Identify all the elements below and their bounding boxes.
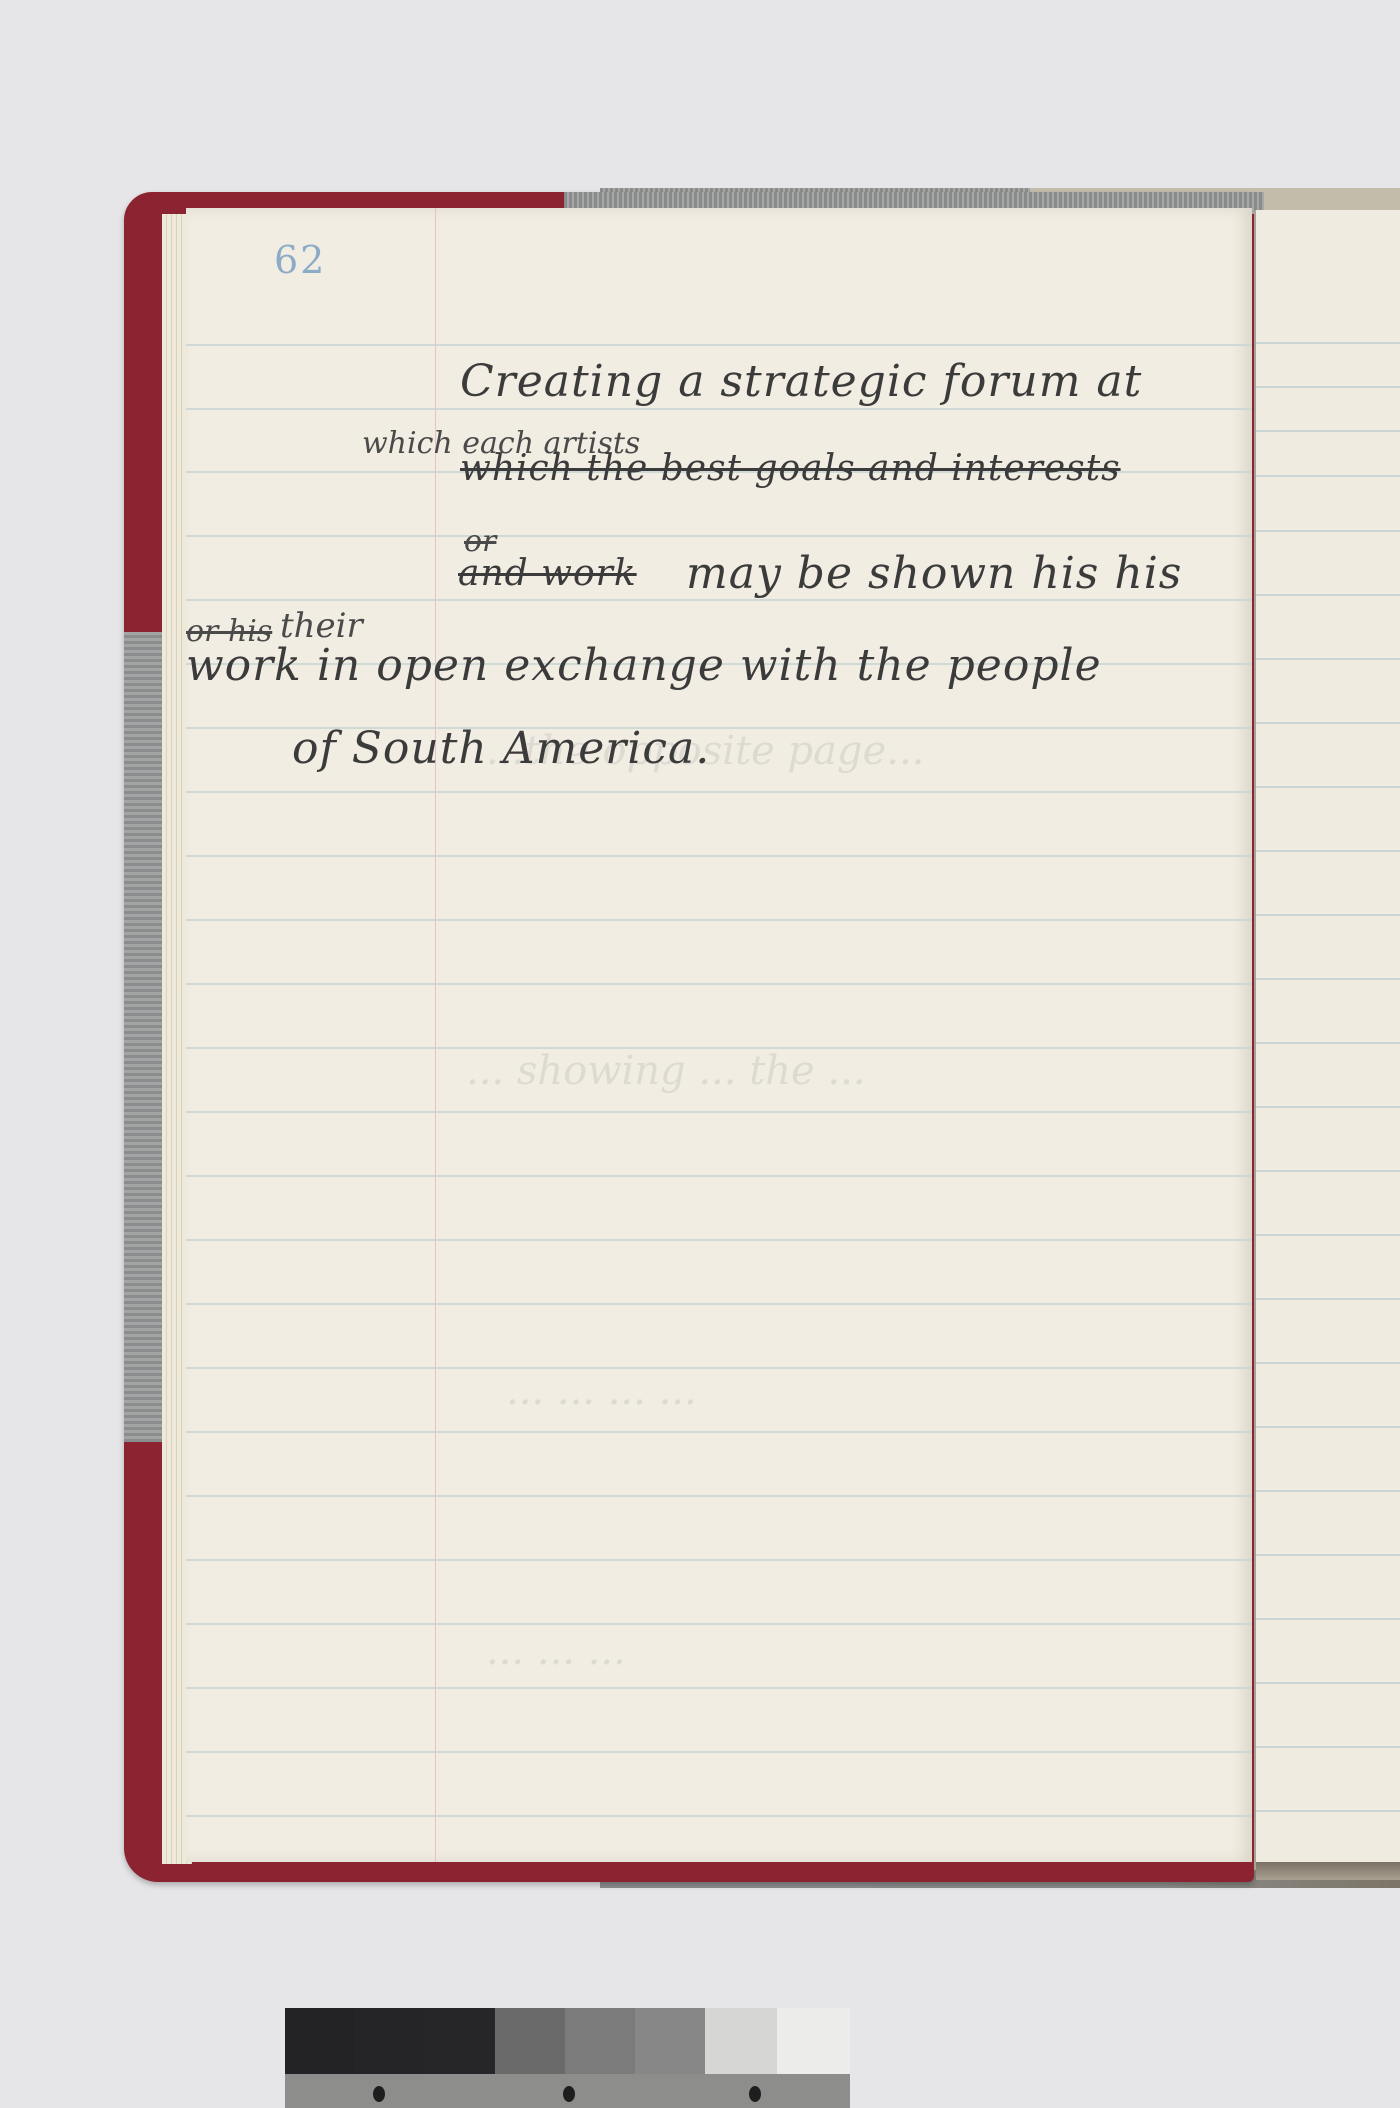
ruled-line [1256, 1490, 1400, 1492]
ruled-line [1256, 1298, 1400, 1300]
ruled-line [186, 1367, 1252, 1369]
grey-patch [495, 2008, 565, 2074]
handwriting-line-3: may be shown his his [686, 548, 1182, 599]
grey-patch [705, 2008, 777, 2074]
ruled-line [1256, 978, 1400, 980]
ruled-line [1256, 1682, 1400, 1684]
grey-patch [565, 2008, 635, 2074]
right-page-worn-edge [1256, 1862, 1400, 1880]
handwriting-line-2-struck: which the best goals and interests [460, 448, 1121, 489]
ruled-line [186, 983, 1252, 985]
registration-dot [373, 2086, 385, 2102]
ruled-line [1256, 1042, 1400, 1044]
ruled-line [186, 855, 1252, 857]
ruled-line [186, 408, 1252, 410]
ruled-line [186, 535, 1252, 537]
ruled-line [1256, 475, 1400, 477]
ruled-line [186, 1751, 1252, 1753]
ruled-line [186, 919, 1252, 921]
ruled-line [186, 1495, 1252, 1497]
ruled-line [186, 1815, 1252, 1817]
ruled-line [186, 1175, 1252, 1177]
ruled-line [1256, 594, 1400, 596]
grey-patch [777, 2008, 850, 2074]
ruled-line [186, 791, 1252, 793]
ruled-line [1256, 786, 1400, 788]
ruled-line [186, 344, 1252, 346]
ruled-line [1256, 1170, 1400, 1172]
notebook-page-right [1254, 210, 1400, 1870]
ruled-line [186, 1303, 1252, 1305]
registration-dot [749, 2086, 761, 2102]
ruled-line [1256, 914, 1400, 916]
registration-dot [563, 2086, 575, 2102]
grey-patch [355, 2008, 425, 2074]
ruled-line [186, 1687, 1252, 1689]
ruled-line [186, 1623, 1252, 1625]
ruled-line [1256, 1810, 1400, 1812]
ruled-line [1256, 1554, 1400, 1556]
ruled-line [1256, 1106, 1400, 1108]
ruled-line [1256, 530, 1400, 532]
ruled-line [186, 599, 1252, 601]
page-number: 62 [274, 238, 326, 282]
handwriting-line-6: of South America. [292, 723, 710, 774]
ruled-line [186, 1559, 1252, 1561]
ruled-line [1256, 430, 1400, 432]
handwriting-line-1: Creating a strategic forum at [460, 356, 1142, 407]
ruled-line [1256, 1618, 1400, 1620]
handwriting-line-5: work in open exchange with the people [186, 640, 1102, 691]
grey-patch [285, 2008, 355, 2074]
grey-patch [635, 2008, 705, 2074]
ruled-line [186, 1431, 1252, 1433]
ruled-line [1256, 722, 1400, 724]
ruled-line [1256, 1234, 1400, 1236]
ruled-line [1256, 342, 1400, 344]
ruled-line [1256, 1746, 1400, 1748]
color-calibration-target [285, 2008, 850, 2108]
ruled-line [186, 1111, 1252, 1113]
bleed-through-text: ... ... ... [486, 1628, 626, 1674]
ruled-line [1256, 386, 1400, 388]
bleed-through-text: ... showing ... the ... [466, 1048, 866, 1094]
bleed-through-text: ... ... ... ... [506, 1368, 697, 1414]
ruled-line [186, 1239, 1252, 1241]
grey-patch [425, 2008, 495, 2074]
handwriting-line-3-struck: and work [458, 553, 637, 594]
ruled-line [1256, 1362, 1400, 1364]
ruled-line [1256, 658, 1400, 660]
ruled-line [1256, 1426, 1400, 1428]
notebook-page-left: 62 ...the opposite page... ... showing .… [186, 208, 1252, 1862]
ruled-line [1256, 850, 1400, 852]
